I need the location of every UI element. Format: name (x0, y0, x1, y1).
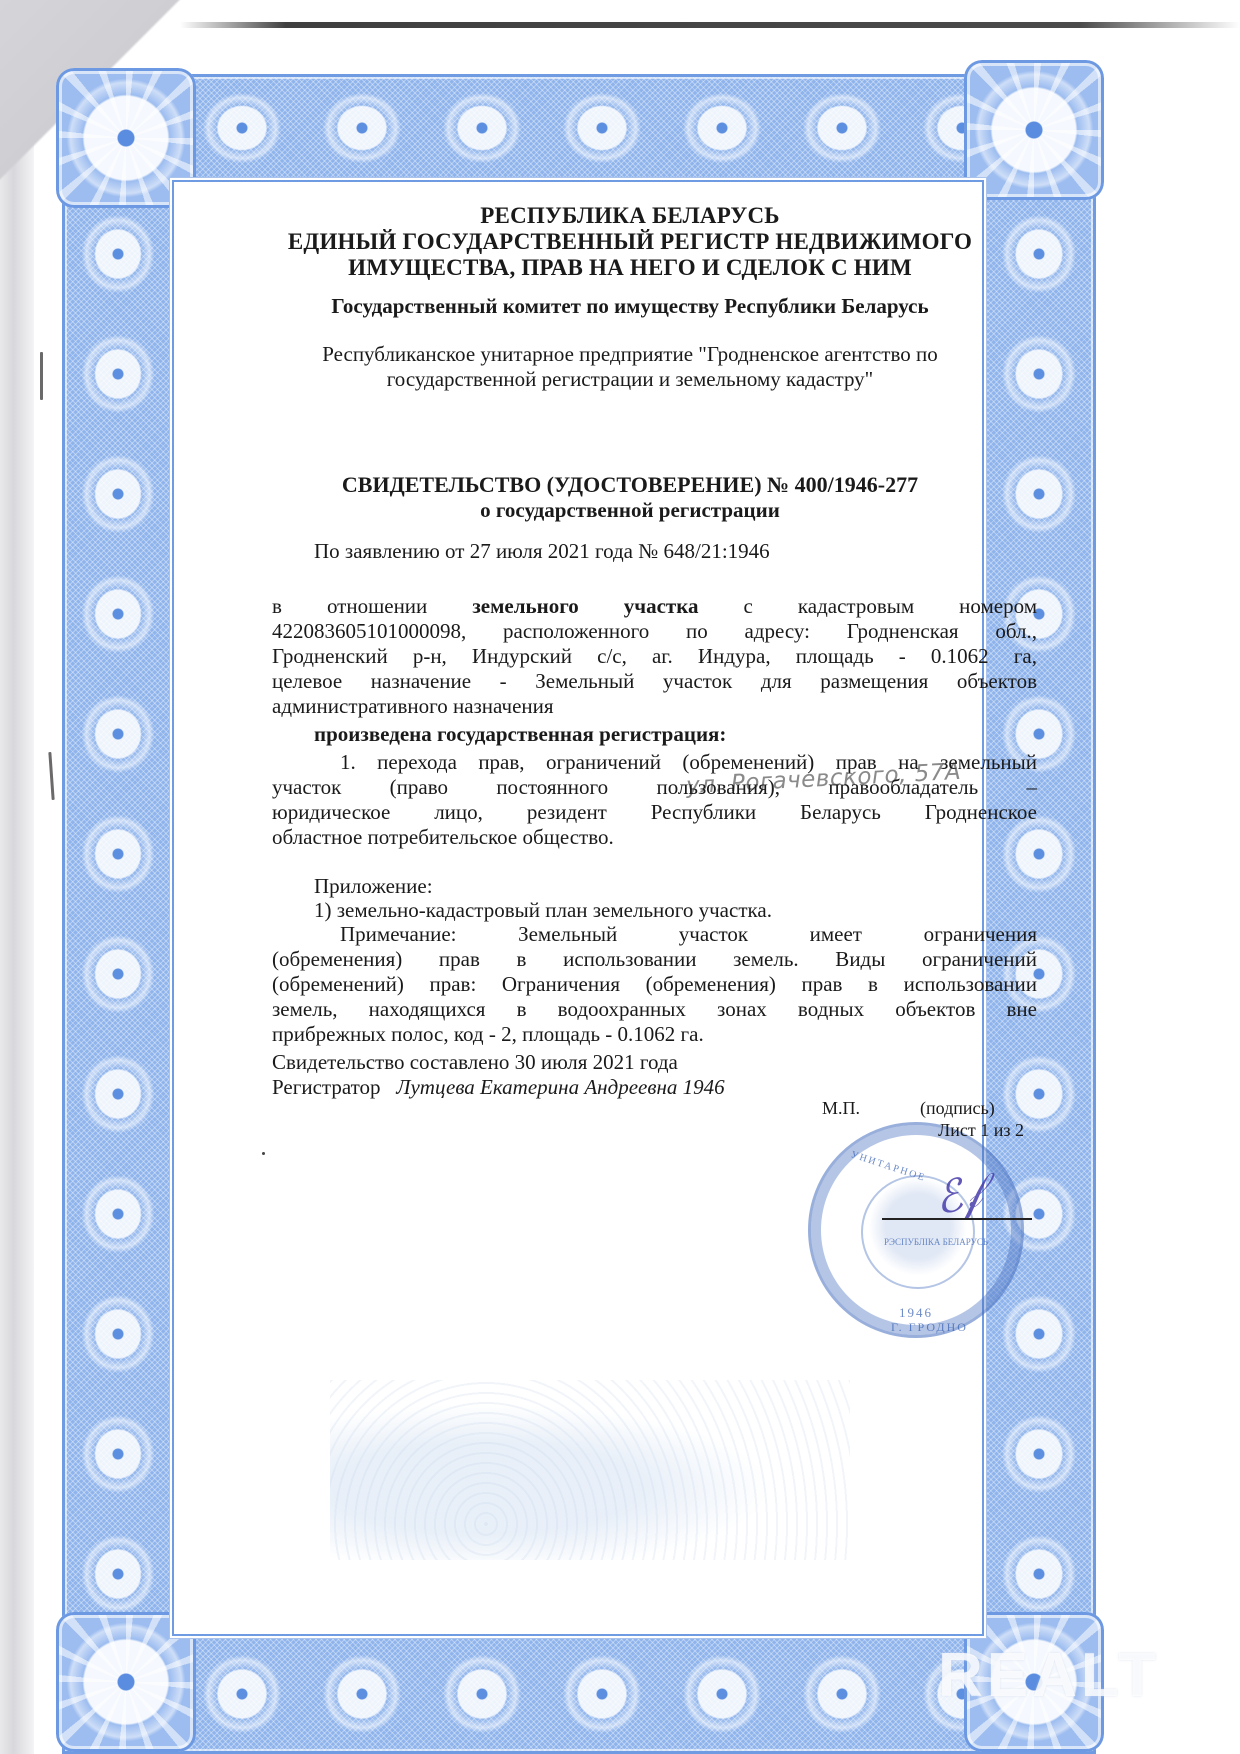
registrar-name: Лутцева Екатерина Андреевна 1946 (396, 1075, 724, 1099)
sheet-number: Лист 1 из 2 (938, 1120, 1024, 1141)
signature-line (882, 1218, 1032, 1220)
header-country: РЕСПУБЛИКА БЕЛАРУСЬ (240, 202, 1020, 229)
appendix-item-1: 1) земельно-кадастровый план земельного … (314, 898, 772, 923)
scan-speck (262, 1152, 265, 1155)
object-line-2: 422083605101000098, расположенного по ад… (272, 619, 1037, 644)
object-type: земельного участка (472, 594, 698, 618)
seal-label: М.П. (822, 1098, 860, 1119)
note-paragraph: Примечание: Земельный участок имеет огра… (272, 922, 1037, 1047)
official-seal-stamp: УНИТАРНОЕ РЭСПУБЛІКА БЕЛАРУСЬ 1946 Г. ГР… (808, 1122, 1024, 1338)
object-line-1: в отношении земельного участка с кадастр… (272, 594, 1037, 619)
note-label: Примечание: (340, 922, 457, 946)
certificate-subtitle: о государственной регистрации (240, 497, 1020, 523)
realt-watermark-logo: REALT (938, 1640, 1160, 1711)
registration-item-1: 1. перехода прав, ограничений (обременен… (272, 750, 1037, 850)
object-line-4: целевое назначение - Земельный участок д… (272, 669, 1037, 694)
object-line-3: Гродненский р-н, Индурский с/с, аг. Инду… (272, 644, 1037, 669)
issue-date: Свидетельство составлено 30 июля 2021 го… (272, 1050, 678, 1075)
certificate-title: СВИДЕТЕЛЬСТВО (УДОСТОВЕРЕНИЕ) № 400/1946… (240, 472, 1020, 498)
header-agency-line1: Республиканское унитарное предприятие "Г… (240, 342, 1020, 367)
document-content: РЕСПУБЛИКА БЕЛАРУСЬ ЕДИНЫЙ ГОСУДАРСТВЕНН… (0, 0, 1240, 1754)
object-description: в отношении земельного участка с кадастр… (272, 594, 1037, 719)
registration-heading: произведена государственная регистрация: (314, 722, 726, 747)
application-reference: По заявлению от 27 июля 2021 года № 648/… (314, 539, 770, 564)
header-agency-line2: государственной регистрации и земельному… (240, 367, 1020, 392)
header-committee: Государственный комитет по имуществу Рес… (240, 294, 1020, 319)
header-register-line1: ЕДИНЫЙ ГОСУДАРСТВЕННЫЙ РЕГИСТР НЕДВИЖИМО… (240, 228, 1020, 255)
appendix-label: Приложение: (314, 874, 433, 899)
registrar-label: Регистратор (272, 1075, 381, 1099)
signature-caption: (подпись) (920, 1098, 995, 1119)
registrar-row: Регистратор Лутцева Екатерина Андреевна … (272, 1075, 725, 1100)
header-register-line2: ИМУЩЕСТВА, ПРАВ НА НЕГО И СДЕЛОК С НИМ (240, 254, 1020, 281)
object-line-5: административного назначения (272, 694, 1037, 719)
